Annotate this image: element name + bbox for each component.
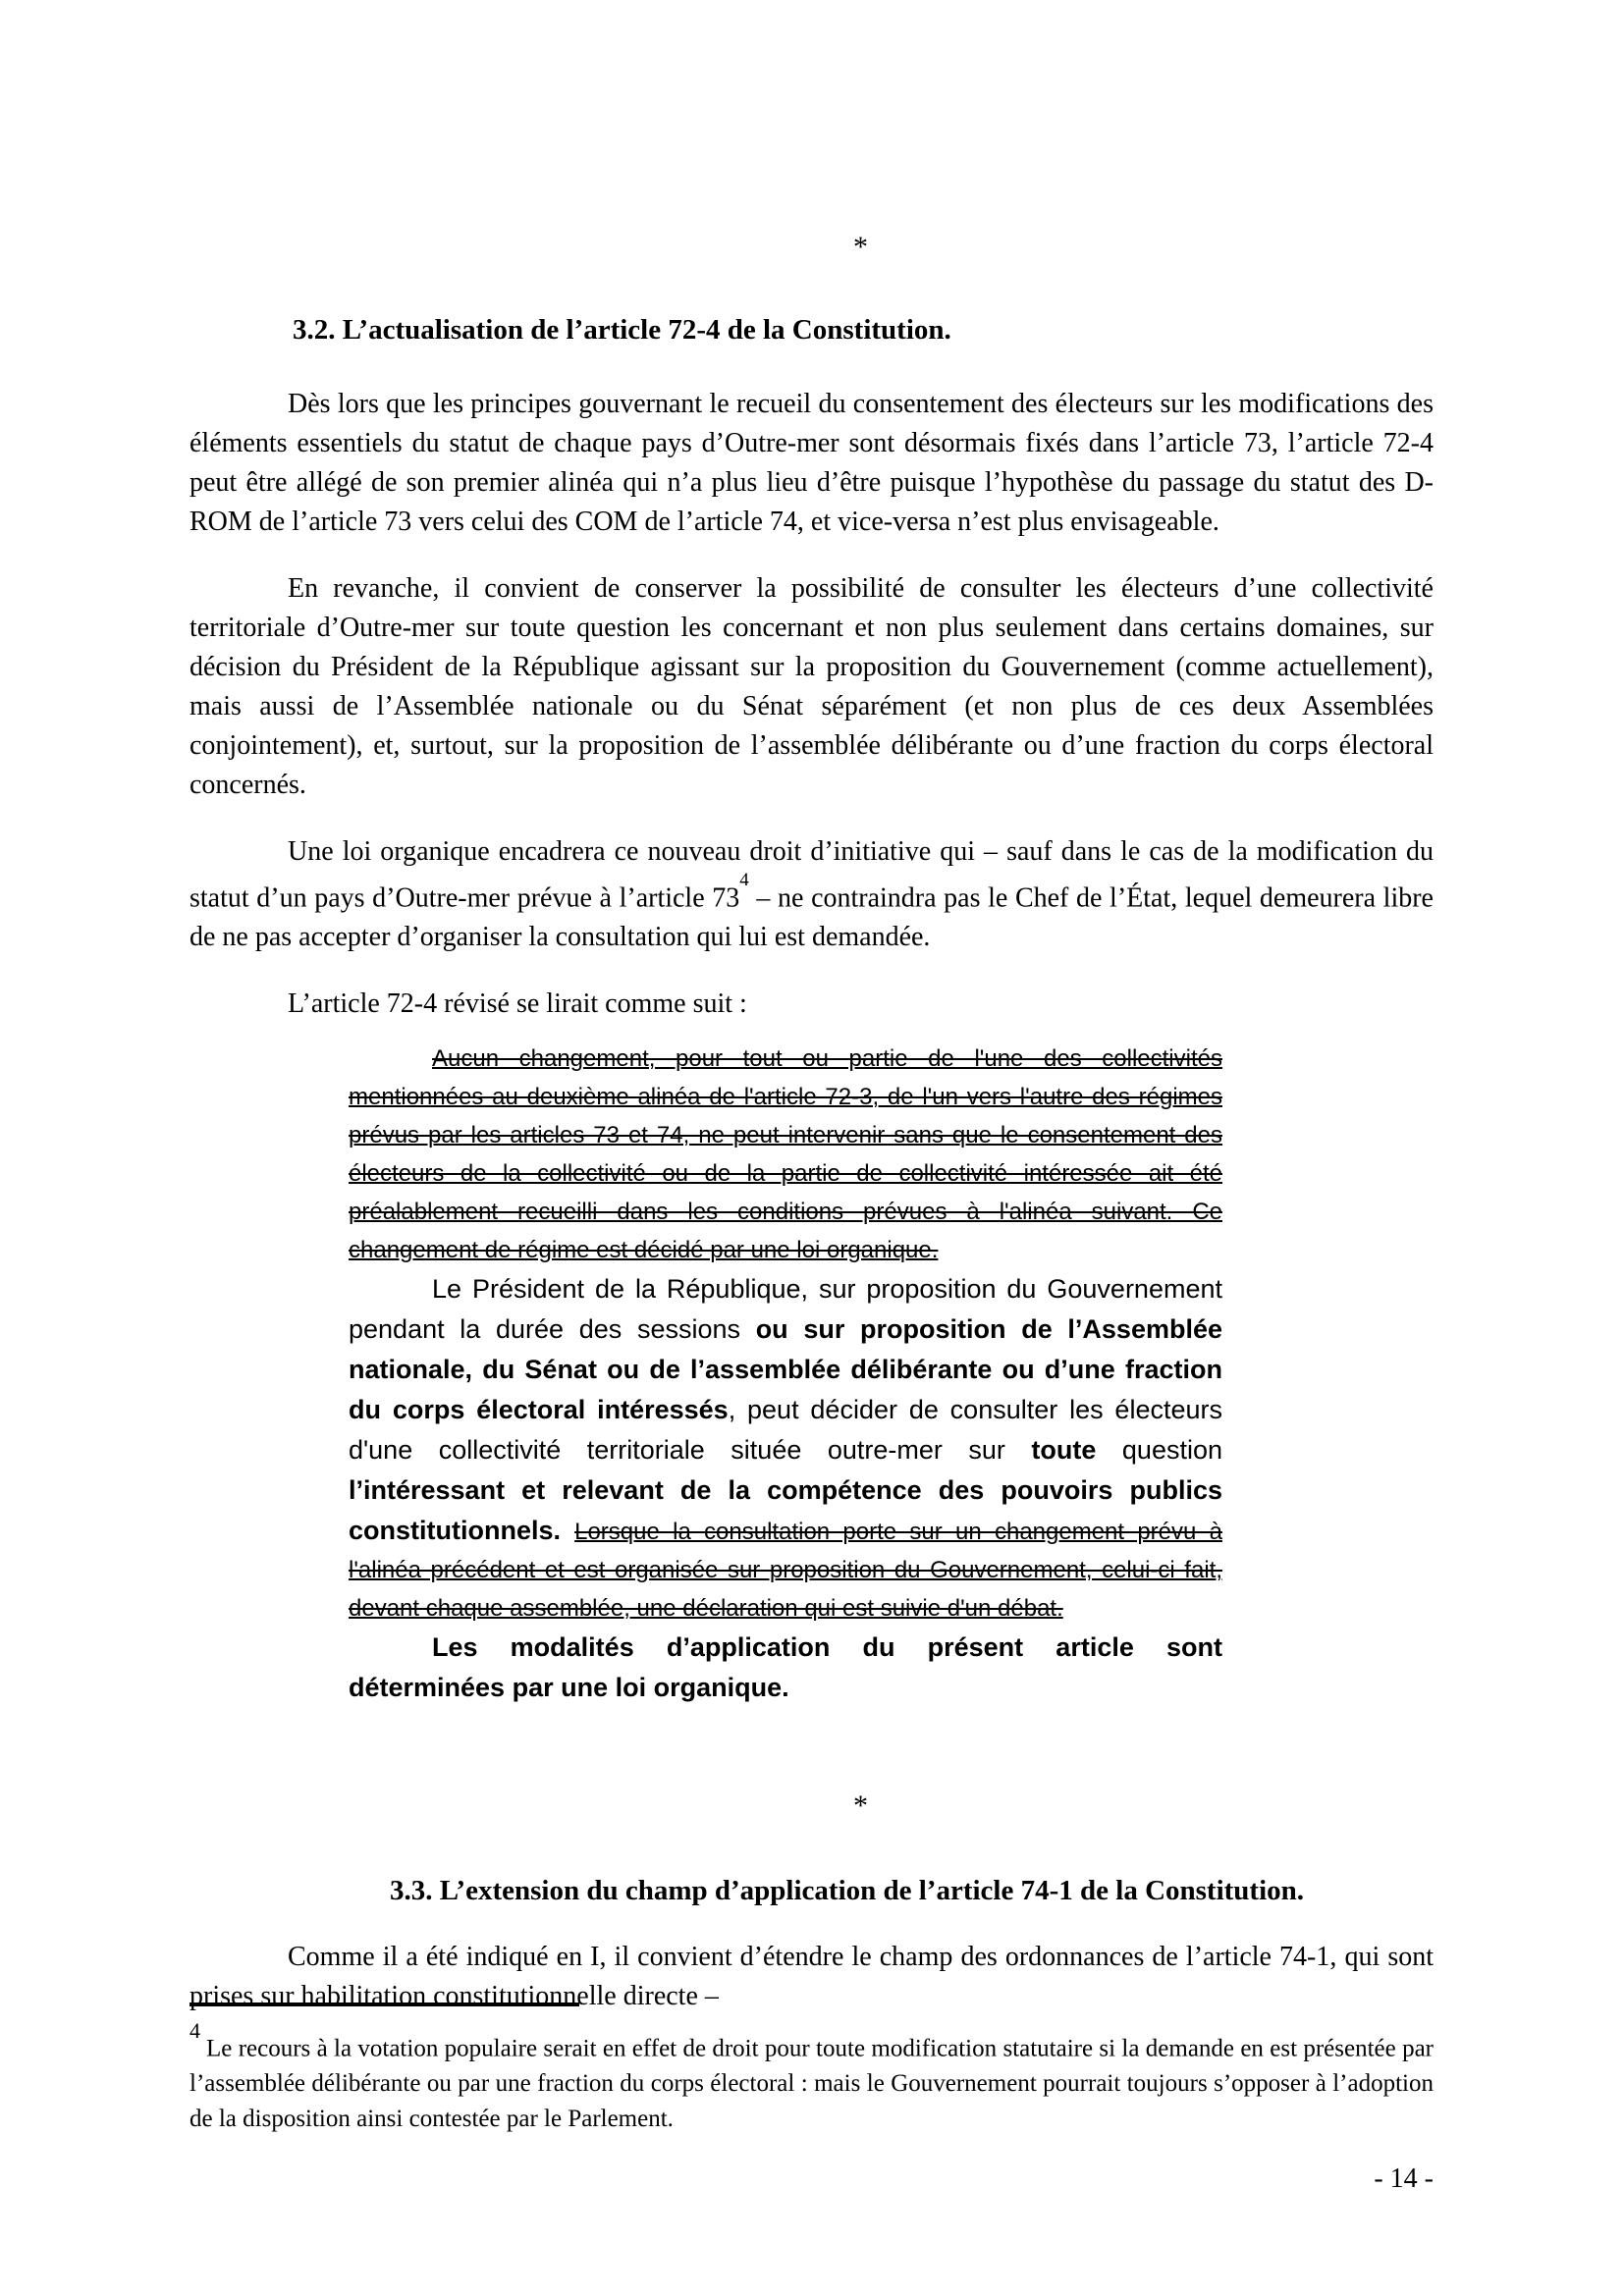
footnote-text: Le recours à la votation populaire serai… bbox=[189, 2035, 1434, 2132]
footnote-separator-rule bbox=[189, 2002, 579, 2006]
section-separator-asterisk: * bbox=[189, 228, 1434, 267]
section-3-2-heading: 3.2. L’actualisation de l’article 72-4 d… bbox=[293, 310, 1434, 349]
footnote-reference: 4 bbox=[739, 870, 749, 890]
section-separator-asterisk: * bbox=[189, 1787, 1434, 1826]
deleted-text: Aucun changement, pour tout ou partie de… bbox=[349, 1045, 1222, 1263]
footnote: 4Le recours à la votation populaire sera… bbox=[189, 2022, 1434, 2137]
page-number: - 14 - bbox=[189, 2163, 1434, 2196]
section-3-2-paragraph-2: En revanche, il convient de conserver la… bbox=[189, 569, 1434, 805]
inserted-bold-text: Les modalités d’application du présent a… bbox=[349, 1632, 1222, 1702]
page-footer: 4Le recours à la votation populaire sera… bbox=[189, 2002, 1434, 2196]
document-page: * 3.2. L’actualisation de l’article 72-4… bbox=[0, 0, 1624, 2296]
section-3-2-paragraph-4: L’article 72-4 révisé se lirait comme su… bbox=[189, 985, 1434, 1024]
section-3-2-paragraph-3: Une loi organique encadrera ce nouveau d… bbox=[189, 832, 1434, 957]
inserted-bold-text: toute bbox=[1031, 1435, 1096, 1465]
page-content: * 3.2. L’actualisation de l’article 72-4… bbox=[0, 228, 1624, 2016]
article-text: question bbox=[1096, 1435, 1222, 1465]
section-3-3-heading: 3.3. L’extension du champ d’application … bbox=[390, 1871, 1434, 1910]
section-3-2-paragraph-1: Dès lors que les principes gouvernant le… bbox=[189, 385, 1434, 542]
revised-article-block: Aucun changement, pour tout ou partie de… bbox=[349, 1041, 1222, 1710]
footnote-marker: 4 bbox=[189, 2018, 200, 2043]
revised-article-main-paragraph: Le Président de la République, sur propo… bbox=[349, 1271, 1222, 1629]
revised-article-final-paragraph: Les modalités d’application du présent a… bbox=[349, 1629, 1222, 1710]
revised-article-deleted-paragraph: Aucun changement, pour tout ou partie de… bbox=[349, 1041, 1222, 1271]
